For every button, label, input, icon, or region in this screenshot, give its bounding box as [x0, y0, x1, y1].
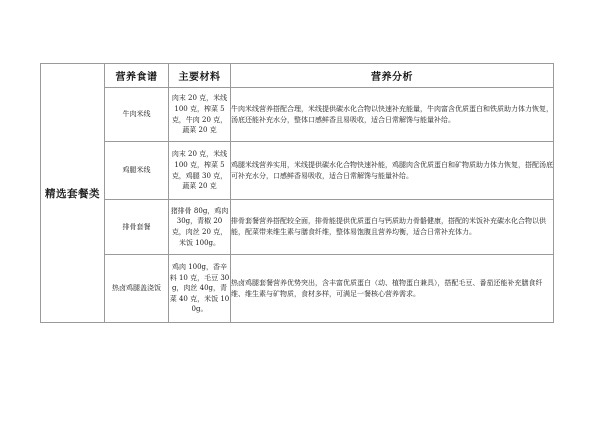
header-recipe: 营养食谱: [105, 64, 169, 88]
table-row: 牛肉米线 肉末 20 克，米线 100 克，榨菜 5 克，牛肉 20 克，蔬菜 …: [41, 88, 554, 142]
analysis-cell: 排骨套餐营养搭配较全面，排骨能提供优质蛋白与钙质助力骨骼健康，搭配的米饭补充碳水…: [231, 200, 554, 255]
analysis-cell: 牛肉米线营养搭配合理，米线提供碳水化合物以快速补充能量，牛肉富含优质蛋白和铁质助…: [231, 88, 554, 142]
category-cell: 精选套餐类: [41, 64, 105, 323]
document-page: 精选套餐类 营养食谱 主要材料 营养分析 牛肉米线 肉末 20 克，米线 100…: [0, 0, 600, 424]
recipe-name: 鸡腿米线: [105, 142, 169, 200]
table-row: 排骨套餐 猪排骨 80g，鸡肉 30g，青椒 20 克，肉丝 20 克，米饭 1…: [41, 200, 554, 255]
recipe-name: 排骨套餐: [105, 200, 169, 255]
ingredients-cell: 猪排骨 80g，鸡肉 30g，青椒 20 克，肉丝 20 克，米饭 100g。: [169, 200, 231, 255]
header-analysis: 营养分析: [231, 64, 554, 88]
header-ingredients: 主要材料: [169, 64, 231, 88]
category-label: 精选套餐类: [45, 188, 100, 200]
header-row: 精选套餐类 营养食谱 主要材料 营养分析: [41, 64, 554, 88]
recipe-name: 牛肉米线: [105, 88, 169, 142]
ingredients-cell: 肉末 20 克，米线 100 克，榨菜 5 克，牛肉 20 克，蔬菜 20 克: [169, 88, 231, 142]
analysis-cell: 鸡腿米线营养实用，米线提供碳水化合物快速补能，鸡腿肉含优质蛋白和矿物质助力体力恢…: [231, 142, 554, 200]
recipe-name: 热卤鸡腿盖浇饭: [105, 255, 169, 323]
table-row: 鸡腿米线 肉末 20 克，米线 100 克，榨菜 5 克，鸡腿 30 克，蔬菜 …: [41, 142, 554, 200]
ingredients-cell: 肉末 20 克，米线 100 克，榨菜 5 克，鸡腿 30 克，蔬菜 20 克: [169, 142, 231, 200]
nutrition-table: 精选套餐类 营养食谱 主要材料 营养分析 牛肉米线 肉末 20 克，米线 100…: [40, 63, 554, 323]
analysis-cell: 热卤鸡腿套餐营养优势突出，含丰富优质蛋白（动、植物蛋白兼具），搭配毛豆、番茄还能…: [231, 255, 554, 323]
table-row: 热卤鸡腿盖浇饭 鸡肉 100g，香辛料 10 克，毛豆 30g，肉丝 40g，青…: [41, 255, 554, 323]
ingredients-cell: 鸡肉 100g，香辛料 10 克，毛豆 30g，肉丝 40g，青菜 40 克，米…: [169, 255, 231, 323]
